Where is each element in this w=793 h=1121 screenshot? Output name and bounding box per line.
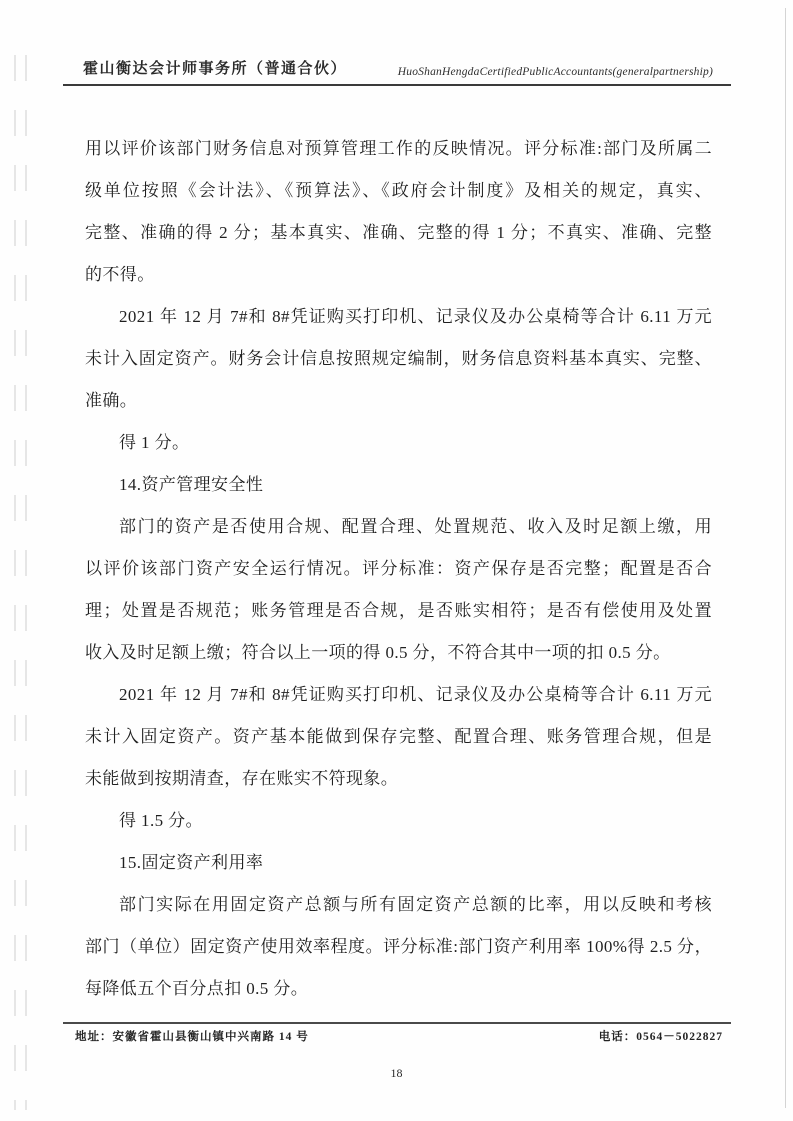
text-line: 部门的资产是否使用合规、配置合理、处置规范、收入及时足额上缴，用 xyxy=(85,506,712,548)
paragraph: 2021 年 12 月 7#和 8#凭证购买打印机、记录仪及办公桌椅等合计 6.… xyxy=(85,296,712,422)
heading-line: 15.固定资产利用率 xyxy=(85,842,712,884)
footer-phone: 电话：0564－5022827 xyxy=(599,1028,731,1044)
score-line: 得 1.5 分。 xyxy=(85,800,712,842)
heading-line: 14.资产管理安全性 xyxy=(85,464,712,506)
paragraph: 得 1 分。 xyxy=(85,422,712,464)
text-line: 部门（单位）固定资产使用效率程度。评分标准:部门资产利用率 100%得 2.5 … xyxy=(85,926,712,968)
paragraph: 部门的资产是否使用合规、配置合理、处置规范、收入及时足额上缴，用 以评价该部门资… xyxy=(85,506,712,674)
text-line: 未计入固定资产。资产基本能做到保存完整、配置合理、账务管理合规，但是 xyxy=(85,716,712,758)
page-header: 霍山衡达会计师事务所（普通合伙） HuoShanHengdaCertifiedP… xyxy=(63,48,731,78)
page-number: 18 xyxy=(0,1066,793,1081)
paragraph: 2021 年 12 月 7#和 8#凭证购买打印机、记录仪及办公桌椅等合计 6.… xyxy=(85,674,712,800)
footer-divider xyxy=(63,1022,731,1024)
page-edge-shadow xyxy=(785,8,786,1108)
text-line: 未计入固定资产。财务会计信息按照规定编制，财务信息资料基本真实、完整、 xyxy=(85,338,712,380)
text-line: 以评价该部门资产安全运行情况。评分标准：资产保存是否完整；配置是否合 xyxy=(85,548,712,590)
score-line: 得 1 分。 xyxy=(85,422,712,464)
section-heading-14: 14.资产管理安全性 xyxy=(85,464,712,506)
text-line: 收入及时足额上缴；符合以上一项的得 0.5 分，不符合其中一项的扣 0.5 分。 xyxy=(85,632,712,674)
left-binding-marks xyxy=(0,55,40,1110)
paragraph: 得 1.5 分。 xyxy=(85,800,712,842)
footer-address: 地址：安徽省霍山县衡山镇中兴南路 14 号 xyxy=(63,1028,309,1044)
header-divider xyxy=(63,84,731,86)
document-page: 霍山衡达会计师事务所（普通合伙） HuoShanHengdaCertifiedP… xyxy=(0,0,793,1121)
text-line: 2021 年 12 月 7#和 8#凭证购买打印机、记录仪及办公桌椅等合计 6.… xyxy=(85,674,712,716)
text-line: 级单位按照《会计法》、《预算法》、《政府会计制度》及相关的规定，真实、 xyxy=(85,170,712,212)
text-line: 理；处置是否规范；账务管理是否合规，是否账实相符；是否有偿使用及处置 xyxy=(85,590,712,632)
text-line: 用以评价该部门财务信息对预算管理工作的反映情况。评分标准:部门及所属二 xyxy=(85,128,712,170)
text-line: 未能做到按期清查，存在账实不符现象。 xyxy=(85,758,712,800)
firm-name-chinese: 霍山衡达会计师事务所（普通合伙） xyxy=(63,57,347,78)
document-body: 用以评价该部门财务信息对预算管理工作的反映情况。评分标准:部门及所属二 级单位按… xyxy=(85,128,712,1010)
text-line: 每降低五个百分点扣 0.5 分。 xyxy=(85,968,712,1010)
text-line: 2021 年 12 月 7#和 8#凭证购买打印机、记录仪及办公桌椅等合计 6.… xyxy=(85,296,712,338)
paragraph: 用以评价该部门财务信息对预算管理工作的反映情况。评分标准:部门及所属二 级单位按… xyxy=(85,128,712,296)
section-heading-15: 15.固定资产利用率 xyxy=(85,842,712,884)
text-line: 部门实际在用固定资产总额与所有固定资产总额的比率，用以反映和考核 xyxy=(85,884,712,926)
paragraph: 部门实际在用固定资产总额与所有固定资产总额的比率，用以反映和考核 部门（单位）固… xyxy=(85,884,712,1010)
text-line: 准确。 xyxy=(85,380,712,422)
firm-name-english: HuoShanHengdaCertifiedPublicAccountants(… xyxy=(398,66,731,78)
text-line: 完整、准确的得 2 分；基本真实、准确、完整的得 1 分；不真实、准确、完整 xyxy=(85,212,712,254)
text-line: 的不得。 xyxy=(85,254,712,296)
page-footer: 地址：安徽省霍山县衡山镇中兴南路 14 号 电话：0564－5022827 xyxy=(63,1028,731,1044)
